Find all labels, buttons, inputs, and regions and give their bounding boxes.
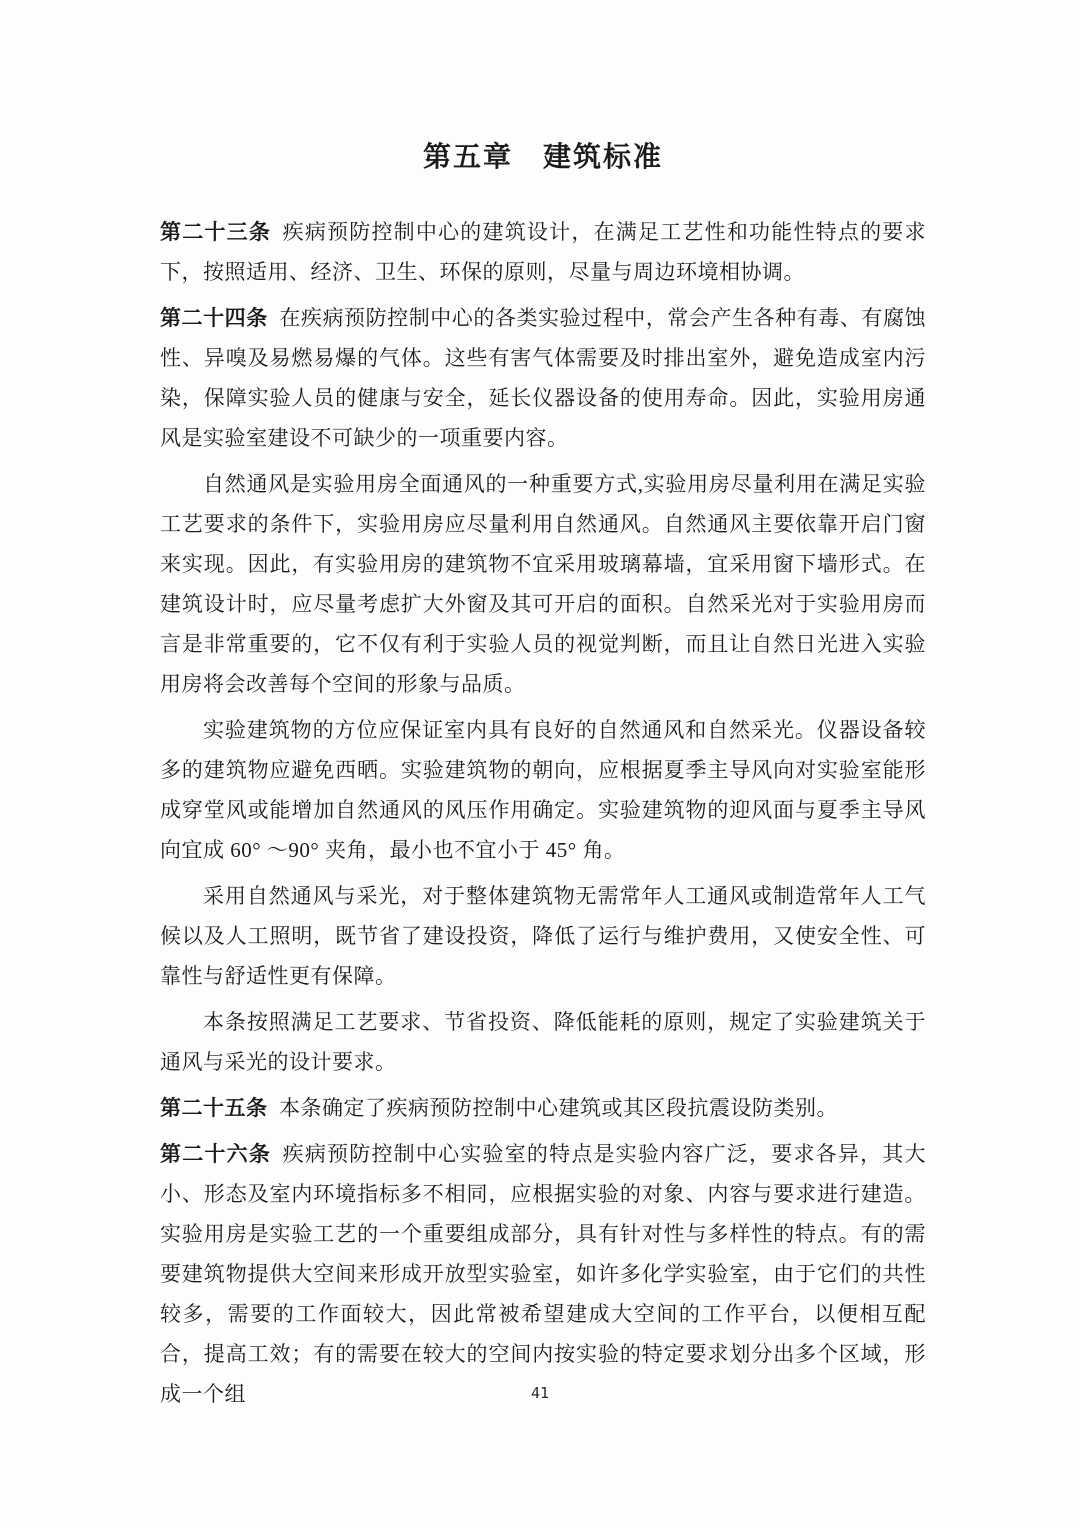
paragraph-text: 疾病预防控制中心的建筑设计，在满足工艺性和功能性特点的要求下，按照适用、经济、卫…	[160, 220, 926, 284]
paragraph-text: 疾病预防控制中心实验室的特点是实验内容广泛，要求各异，其大小、形态及室内环境指标…	[160, 1142, 926, 1406]
article-number-label: 第二十三条	[160, 220, 271, 244]
chapter-title: 第五章 建筑标准	[160, 138, 926, 178]
article-paragraph: 第二十四条在疾病预防控制中心的各类实验过程中，常会产生各种有毒、有腐蚀性、异嗅及…	[160, 298, 926, 458]
body-paragraph: 自然通风是实验用房全面通风的一种重要方式,实验用房尽量利用在满足实验工艺要求的条…	[160, 464, 926, 704]
paragraph-text: 本条按照满足工艺要求、节省投资、降低能耗的原则，规定了实验建筑关于通风与采光的设…	[160, 1010, 926, 1074]
paragraph-text: 在疾病预防控制中心的各类实验过程中，常会产生各种有毒、有腐蚀性、异嗅及易燃易爆的…	[160, 306, 926, 450]
article-paragraph: 第二十六条疾病预防控制中心实验室的特点是实验内容广泛，要求各异，其大小、形态及室…	[160, 1134, 926, 1414]
paragraph-text: 本条确定了疾病预防控制中心建筑或其区段抗震设防类别。	[279, 1096, 838, 1120]
paragraph-text: 实验建筑物的方位应保证室内具有良好的自然通风和自然采光。仪器设备较多的建筑物应避…	[160, 718, 926, 862]
article-number-label: 第二十四条	[160, 306, 268, 330]
body-paragraph: 实验建筑物的方位应保证室内具有良好的自然通风和自然采光。仪器设备较多的建筑物应避…	[160, 710, 926, 870]
article-number-label: 第二十五条	[160, 1096, 268, 1120]
article-paragraph: 第二十三条疾病预防控制中心的建筑设计，在满足工艺性和功能性特点的要求下，按照适用…	[160, 212, 926, 292]
article-paragraph: 第二十五条本条确定了疾病预防控制中心建筑或其区段抗震设防类别。	[160, 1088, 926, 1128]
body-paragraph: 采用自然通风与采光，对于整体建筑物无需常年人工通风或制造常年人工气候以及人工照明…	[160, 876, 926, 996]
article-number-label: 第二十六条	[160, 1142, 271, 1166]
document-page: 第五章 建筑标准 第二十三条疾病预防控制中心的建筑设计，在满足工艺性和功能性特点…	[0, 0, 1080, 1527]
body-paragraph: 本条按照满足工艺要求、节省投资、降低能耗的原则，规定了实验建筑关于通风与采光的设…	[160, 1002, 926, 1082]
paragraph-text: 采用自然通风与采光，对于整体建筑物无需常年人工通风或制造常年人工气候以及人工照明…	[160, 884, 926, 988]
page-content: 第五章 建筑标准 第二十三条疾病预防控制中心的建筑设计，在满足工艺性和功能性特点…	[160, 138, 926, 1420]
paragraph-text: 自然通风是实验用房全面通风的一种重要方式,实验用房尽量利用在满足实验工艺要求的条…	[160, 472, 926, 696]
page-number: 41	[0, 1384, 1080, 1402]
